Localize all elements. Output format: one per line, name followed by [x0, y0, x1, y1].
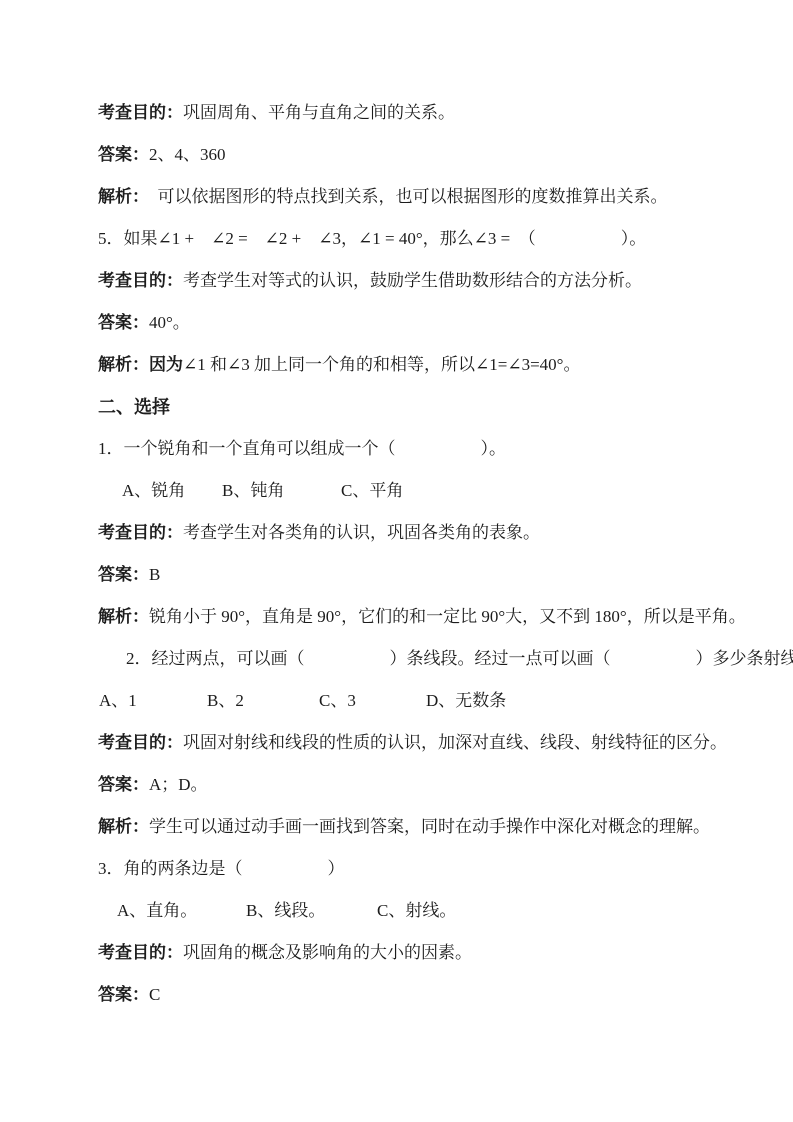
section-heading-choice: 二、选择: [98, 398, 733, 416]
analysis-label: 解析：: [98, 187, 141, 206]
question-2-text: 2．经过两点，可以画（ ）条线段。经过一点可以画（ ）多少条射线。: [126, 649, 793, 668]
document-page: 考查目的：巩固周角、平角与直角之间的关系。 答案：2、4、360 解析： 可以依…: [0, 0, 793, 1122]
question-5-line: 5．如果∠1 + ∠2 = ∠2 + ∠3，∠1 = 40°，那么∠3 = （ …: [98, 230, 733, 248]
answer-text: C: [149, 985, 160, 1004]
options-row-q3: A、直角。 B、线段。 C、射线。: [98, 902, 733, 920]
exam-purpose-line: 考查目的：考查学生对等式的认识，鼓励学生借助数形结合的方法分析。: [98, 272, 733, 290]
question-3-text: 3．角的两条边是（ ）: [98, 859, 345, 878]
exam-purpose-label: 考查目的：: [98, 103, 183, 122]
analysis-line: 解析：因为∠1 和∠3 加上同一个角的和相等，所以∠1=∠3=40°。: [98, 356, 733, 374]
exam-purpose-text: 巩固角的概念及影响角的大小的因素。: [183, 943, 472, 962]
exam-purpose-label: 考查目的：: [98, 733, 183, 752]
analysis-line: 解析： 可以依据图形的特点找到关系，也可以根据图形的度数推算出关系。: [98, 188, 733, 206]
answer-line: 答案：B: [98, 566, 733, 584]
exam-purpose-line: 考查目的：巩固角的概念及影响角的大小的因素。: [98, 944, 733, 962]
answer-label: 答案：: [98, 775, 149, 794]
answer-line: 答案：40°。: [98, 314, 733, 332]
answer-text: 40°。: [149, 313, 190, 332]
analysis-text: 学生可以通过动手画一画找到答案，同时在动手操作中深化对概念的理解。: [149, 817, 710, 836]
exam-purpose-label: 考查目的：: [98, 943, 183, 962]
option-a: A、锐角: [122, 482, 185, 500]
question-1-line: 1．一个锐角和一个直角可以组成一个（ ）。: [98, 440, 733, 458]
answer-line: 答案：C: [98, 986, 733, 1004]
answer-text: A；D。: [149, 775, 208, 794]
exam-purpose-line: 考查目的：考查学生对各类角的认识，巩固各类角的表象。: [98, 524, 733, 542]
option-c: C、平角: [341, 482, 403, 500]
analysis-text: 可以依据图形的特点找到关系，也可以根据图形的度数推算出关系。: [141, 187, 668, 206]
option-b: B、2: [207, 692, 244, 710]
question-1-text: 1．一个锐角和一个直角可以组成一个（ ）。: [98, 439, 506, 458]
analysis-line: 解析：学生可以通过动手画一画找到答案，同时在动手操作中深化对概念的理解。: [98, 818, 733, 836]
question-2-line: 2．经过两点，可以画（ ）条线段。经过一点可以画（ ）多少条射线。: [98, 650, 733, 668]
option-d: D、无数条: [426, 692, 506, 710]
exam-purpose-text: 考查学生对等式的认识，鼓励学生借助数形结合的方法分析。: [183, 271, 642, 290]
option-c: C、射线。: [377, 902, 456, 920]
option-b: B、线段。: [246, 902, 325, 920]
exam-purpose-line: 考查目的：巩固对射线和线段的性质的认识，加深对直线、线段、射线特征的区分。: [98, 734, 733, 752]
answer-label: 答案：: [98, 565, 149, 584]
answer-line: 答案：A；D。: [98, 776, 733, 794]
answer-label: 答案：: [98, 313, 149, 332]
answer-text: 2、4、360: [149, 145, 226, 164]
exam-purpose-label: 考查目的：: [98, 271, 183, 290]
option-c: C、3: [319, 692, 356, 710]
option-a: A、直角。: [117, 902, 197, 920]
answer-line: 答案：2、4、360: [98, 146, 733, 164]
analysis-label: 解析：因为: [98, 355, 183, 374]
analysis-label: 解析：: [98, 607, 149, 626]
option-a: A、1: [99, 692, 137, 710]
options-row-q2: A、1 B、2 C、3 D、无数条: [98, 692, 733, 710]
analysis-label: 解析：: [98, 817, 149, 836]
answer-label: 答案：: [98, 985, 149, 1004]
exam-purpose-text: 巩固对射线和线段的性质的认识，加深对直线、线段、射线特征的区分。: [183, 733, 727, 752]
option-b: B、钝角: [222, 482, 284, 500]
analysis-line: 解析：锐角小于 90°，直角是 90°，它们的和一定比 90°大，又不到 180…: [98, 608, 733, 626]
exam-purpose-label: 考查目的：: [98, 523, 183, 542]
analysis-text: 锐角小于 90°，直角是 90°，它们的和一定比 90°大，又不到 180°，所…: [149, 607, 746, 626]
question-5-text: 5．如果∠1 + ∠2 = ∠2 + ∠3，∠1 = 40°，那么∠3 = （ …: [98, 229, 646, 248]
answer-label: 答案：: [98, 145, 149, 164]
analysis-text: ∠1 和∠3 加上同一个角的和相等，所以∠1=∠3=40°。: [183, 355, 580, 374]
exam-purpose-text: 考查学生对各类角的认识，巩固各类角的表象。: [183, 523, 540, 542]
question-3-line: 3．角的两条边是（ ）: [98, 860, 733, 878]
answer-text: B: [149, 565, 160, 584]
options-row-q1: A、锐角 B、钝角 C、平角: [98, 482, 733, 500]
exam-purpose-line: 考查目的：巩固周角、平角与直角之间的关系。: [98, 104, 733, 122]
exam-purpose-text: 巩固周角、平角与直角之间的关系。: [183, 103, 455, 122]
